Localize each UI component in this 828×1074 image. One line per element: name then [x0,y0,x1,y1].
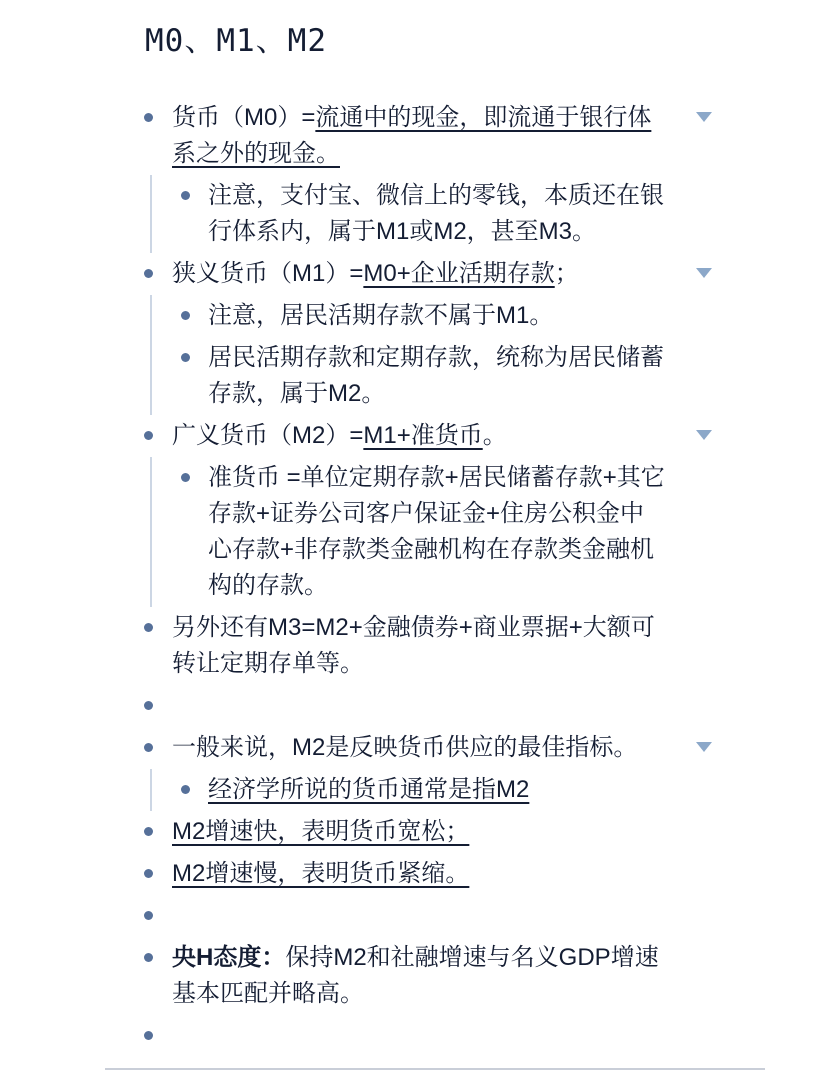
outline-children: 经济学所说的货币通常是指M2 [150,769,715,811]
outline-item[interactable] [137,1015,715,1057]
footer-divider [105,1068,765,1070]
outline-children: 注意，支付宝、微信上的零钱，本质还在银行体系内，属于M1或M2，甚至M3。 [150,175,715,253]
text-segment: 注意，居民活期存款不属于M1。 [208,302,553,329]
text-segment: 注意，支付宝、微信上的零钱，本质还在银行体系内，属于M1或M2，甚至M3。 [208,182,664,245]
outline-item-text: 注意，居民活期存款不属于M1。 [208,298,553,334]
outline-item-text: 一般来说，M2是反映货币供应的最佳指标。 [172,730,637,766]
outline-item-text: 广义货币（M2）=M1+准货币。 [172,418,507,454]
outline-item-text: 另外还有M3=M2+金融债券+商业票据+大额可转让定期存单等。 [172,610,664,682]
dot-bullet-icon[interactable] [181,311,190,320]
outline-item[interactable] [137,685,715,727]
text-segment: ； [555,260,579,287]
outline-item[interactable]: 广义货币（M2）=M1+准货币。 [137,415,715,457]
text-segment: M2增速快，表明货币宽松； [172,818,469,845]
chevron-down-icon[interactable] [696,742,712,752]
outline-item[interactable]: M2增速快，表明货币宽松； [137,811,715,853]
outline-children: 准货币 =单位定期存款+居民储蓄存款+其它存款+证券公司客户保证金+住房公积金中… [150,457,715,607]
outline-item-text: 经济学所说的货币通常是指M2 [208,772,529,808]
dot-bullet-icon[interactable] [181,353,190,362]
outline-item[interactable]: 注意，支付宝、微信上的零钱，本质还在银行体系内，属于M1或M2，甚至M3。 [137,175,715,253]
text-segment: 。 [483,422,507,449]
outline-item[interactable]: 狭义货币（M1）=M0+企业活期存款； [137,253,715,295]
dot-bullet-icon[interactable] [144,701,153,710]
text-segment: 一般来说，M2是反映货币供应的最佳指标。 [172,734,637,761]
dot-bullet-icon[interactable] [181,191,190,200]
dot-bullet-icon[interactable] [144,1031,153,1040]
text-segment: 准货币 =单位定期存款+居民储蓄存款+其它存款+证券公司客户保证金+住房公积金中… [208,464,665,599]
text-segment: M0+企业活期存款 [363,260,554,287]
text-segment: 居民活期存款和定期存款，统称为居民储蓄存款，属于M2。 [208,344,664,407]
outline-item-text: 居民活期存款和定期存款，统称为居民储蓄存款，属于M2。 [208,340,668,412]
text-segment: M2增速慢，表明货币紧缩。 [172,860,469,887]
outline-item[interactable]: 居民活期存款和定期存款，统称为居民储蓄存款，属于M2。 [137,337,715,415]
outline-item-text: 狭义货币（M1）=M0+企业活期存款； [172,256,579,292]
dot-bullet-icon[interactable] [144,827,153,836]
chevron-down-icon[interactable] [696,268,712,278]
outline-item[interactable]: 经济学所说的货币通常是指M2 [137,769,715,811]
outline-item-text: 注意，支付宝、微信上的零钱，本质还在银行体系内，属于M1或M2，甚至M3。 [208,178,668,250]
dot-bullet-icon[interactable] [144,911,153,920]
outline-item[interactable] [137,895,715,937]
chevron-down-icon[interactable] [696,430,712,440]
outline-item-text: 准货币 =单位定期存款+居民储蓄存款+其它存款+证券公司客户保证金+住房公积金中… [208,460,668,604]
outline-item[interactable]: 注意，居民活期存款不属于M1。 [137,295,715,337]
dot-bullet-icon[interactable] [144,743,153,752]
page-title: M0、M1、M2 [145,20,828,62]
outline-item[interactable]: 货币（M0）=流通中的现金，即流通于银行体系之外的现金。 [137,97,715,175]
outline-item[interactable]: 一般来说，M2是反映货币供应的最佳指标。 [137,727,715,769]
outline-children: 注意，居民活期存款不属于M1。居民活期存款和定期存款，统称为居民储蓄存款，属于M… [150,295,715,415]
outline-item-text: M2增速快，表明货币宽松； [172,814,469,850]
chevron-down-icon[interactable] [696,112,712,122]
dot-bullet-icon[interactable] [144,113,153,122]
dot-bullet-icon[interactable] [144,869,153,878]
outline-item[interactable]: 央H态度：保持M2和社融增速与名义GDP增速基本匹配并略高。 [137,937,715,1015]
outline-item-text: M2增速慢，表明货币紧缩。 [172,856,469,892]
outline-item[interactable]: 另外还有M3=M2+金融债券+商业票据+大额可转让定期存单等。 [137,607,715,685]
dot-bullet-icon[interactable] [181,473,190,482]
text-segment: 另外还有M3=M2+金融债券+商业票据+大额可转让定期存单等。 [172,614,655,677]
dot-bullet-icon[interactable] [144,431,153,440]
outline-item[interactable]: M2增速慢，表明货币紧缩。 [137,853,715,895]
outline: 货币（M0）=流通中的现金，即流通于银行体系之外的现金。注意，支付宝、微信上的零… [137,97,715,1057]
dot-bullet-icon[interactable] [144,269,153,278]
text-segment: 央H态度： [172,944,285,971]
text-segment: 经济学所说的货币通常是指M2 [208,776,529,803]
text-segment: M1+准货币 [363,422,482,449]
dot-bullet-icon[interactable] [144,953,153,962]
outline-item-text: 货币（M0）=流通中的现金，即流通于银行体系之外的现金。 [172,100,664,172]
text-segment: 广义货币（M2）= [172,422,363,449]
text-segment: 货币（M0）= [172,104,315,131]
dot-bullet-icon[interactable] [144,623,153,632]
text-segment: 狭义货币（M1）= [172,260,363,287]
outline-item[interactable]: 准货币 =单位定期存款+居民储蓄存款+其它存款+证券公司客户保证金+住房公积金中… [137,457,715,607]
outline-item-text: 央H态度：保持M2和社融增速与名义GDP增速基本匹配并略高。 [172,940,664,1012]
dot-bullet-icon[interactable] [181,785,190,794]
